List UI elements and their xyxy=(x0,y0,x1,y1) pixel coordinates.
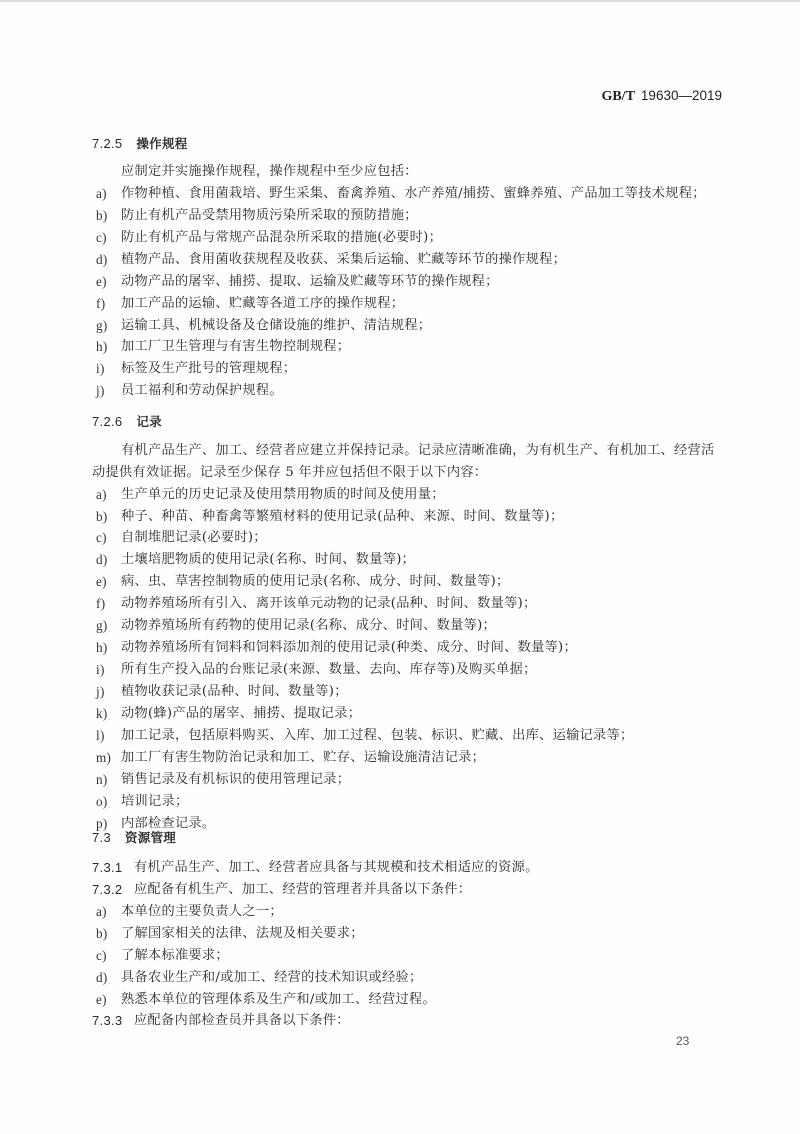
section-intro-line-2: 动提供有效证据。记录至少保存 5 年并应包括但不限于以下内容： xyxy=(92,465,487,481)
section-title: 资源管理 xyxy=(125,830,176,845)
standard-number: 19630—2019 xyxy=(641,88,722,103)
section-number: 7.2.6 xyxy=(92,414,122,430)
standard-prefix: GB/T xyxy=(601,89,634,104)
section-heading-7-2-5: 7.2.5 操作规程 xyxy=(92,136,188,152)
page-top-border xyxy=(0,0,800,2)
section-intro: 应制定并实施操作规程，操作规程中至少应包括： xyxy=(121,164,418,180)
section-number: 7.2.5 xyxy=(92,136,122,152)
section-heading-7-2-6: 7.2.6 记录 xyxy=(92,414,162,430)
section-title: 记录 xyxy=(136,414,162,429)
section-number: 7.3 xyxy=(92,830,111,846)
section-heading-7-3: 7.3 资源管理 xyxy=(92,830,176,846)
section-intro-line-1: 有机产品生产、加工、经营者应建立并保持记录。记录应清晰准确，为有机生产、有机加工… xyxy=(121,443,714,459)
section-title: 操作规程 xyxy=(136,136,187,151)
standard-number-header: GB/T19630—2019 xyxy=(601,88,722,105)
page-number: 23 xyxy=(676,1034,689,1048)
